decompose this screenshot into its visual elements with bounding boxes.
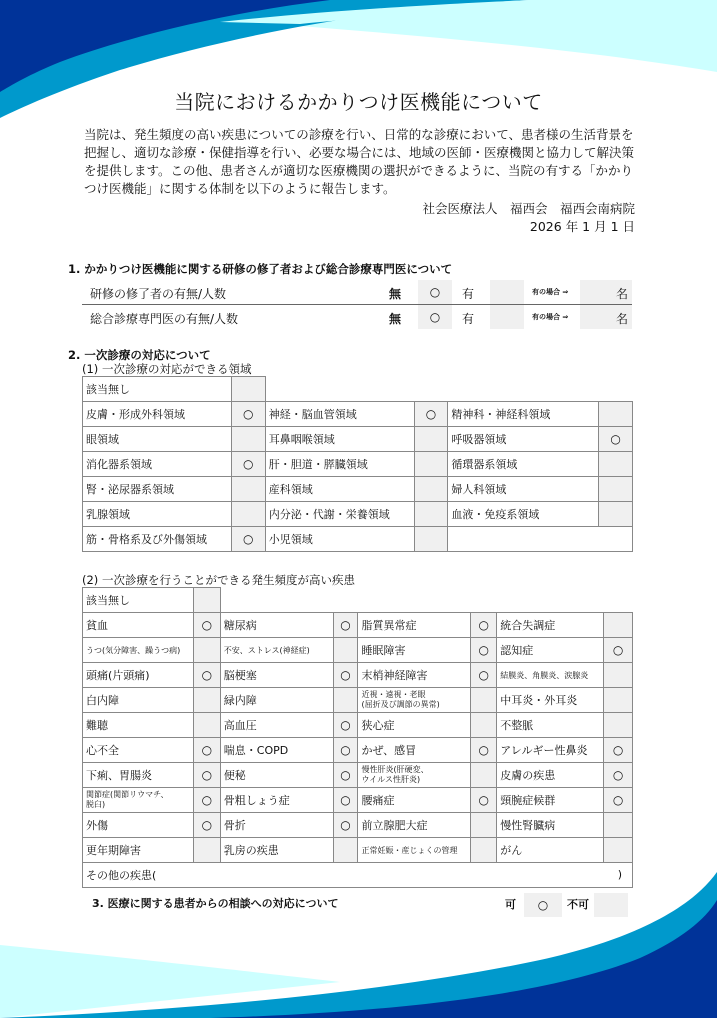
disease-label: 難聴 xyxy=(83,713,194,738)
disease-check-cell[interactable] xyxy=(193,588,220,613)
intro-paragraph: 当院は、発生頻度の高い疾患についての診療を行い、日常的な診療において、患者様の生… xyxy=(84,126,640,198)
section1-row: 研修の修了者の有無/人数 無 ○ 有 有の場合 ⇒ 名 xyxy=(82,280,632,304)
disease-check-cell[interactable] xyxy=(604,813,633,838)
disease-label: 貧血 xyxy=(83,613,194,638)
disease-check-cell[interactable]: ○ xyxy=(333,788,358,813)
area-check-cell[interactable] xyxy=(414,477,448,502)
disease-check-cell[interactable] xyxy=(193,688,220,713)
disease-check-cell[interactable]: ○ xyxy=(193,788,220,813)
disease-label: 該当無し xyxy=(83,588,194,613)
other-diseases-close: ) xyxy=(618,868,622,881)
area-label: 呼吸器領域 xyxy=(448,427,599,452)
disease-label: 関節症(関節リウマチ、 脱臼) xyxy=(83,788,194,813)
area-label: 婦人科領域 xyxy=(448,477,599,502)
area-label: 内分泌・代謝・栄養領域 xyxy=(265,502,414,527)
disease-label: 正常妊娠・産じょくの管理 xyxy=(358,838,471,863)
disease-label: 心不全 xyxy=(83,738,194,763)
empty-space xyxy=(265,377,632,402)
area-label: 血液・免疫系領域 xyxy=(448,502,599,527)
area-check-cell[interactable] xyxy=(231,377,265,402)
if-yes-label: 有の場合 ⇒ xyxy=(532,287,568,297)
disease-check-cell[interactable]: ○ xyxy=(471,788,497,813)
report-date: 2026 年 1 月 1 日 xyxy=(530,217,635,235)
disease-label: 外傷 xyxy=(83,813,194,838)
disease-check-cell[interactable]: ○ xyxy=(193,763,220,788)
area-label: 筋・骨格系及び外傷領域 xyxy=(83,527,232,552)
disease-label: 中耳炎・外耳炎 xyxy=(497,688,604,713)
disease-check-cell[interactable]: ○ xyxy=(193,813,220,838)
unit-label: 名 xyxy=(616,285,628,302)
disease-check-cell[interactable] xyxy=(333,688,358,713)
disease-label: 骨粗しょう症 xyxy=(220,788,333,813)
empty-space xyxy=(220,588,632,613)
area-check-cell[interactable] xyxy=(599,402,633,427)
yes-check-cell[interactable] xyxy=(490,280,524,304)
disease-check-cell[interactable] xyxy=(604,838,633,863)
empty-cell xyxy=(448,527,633,552)
disease-label: かぜ、感冒 xyxy=(358,738,471,763)
disease-label: 脂質異常症 xyxy=(358,613,471,638)
disease-check-cell[interactable] xyxy=(333,638,358,663)
disease-label: 認知症 xyxy=(497,638,604,663)
area-check-cell[interactable] xyxy=(599,452,633,477)
disease-check-cell[interactable] xyxy=(604,713,633,738)
disease-label: 狭心症 xyxy=(358,713,471,738)
disease-check-cell[interactable]: ○ xyxy=(604,788,633,813)
area-check-cell[interactable]: ○ xyxy=(231,402,265,427)
disease-check-cell[interactable]: ○ xyxy=(333,738,358,763)
area-label: 肝・胆道・膵臓領域 xyxy=(265,452,414,477)
disease-label: 不整脈 xyxy=(497,713,604,738)
area-check-cell[interactable] xyxy=(231,427,265,452)
area-label: 腎・泌尿器系領域 xyxy=(83,477,232,502)
disease-label: 不安、ストレス(神経症) xyxy=(220,638,333,663)
section3-heading: 3. 医療に関する患者からの相談への対応について xyxy=(92,895,338,911)
disease-check-cell[interactable] xyxy=(193,838,220,863)
area-check-cell[interactable]: ○ xyxy=(231,452,265,477)
yes-label: 有 xyxy=(462,310,474,327)
area-label: 眼領域 xyxy=(83,427,232,452)
row-label: 研修の修了者の有無/人数 xyxy=(90,285,226,302)
row-label: 総合診療専門医の有無/人数 xyxy=(90,310,238,327)
section1-heading: 1. かかりつけ医機能に関する研修の修了者および総合診療専門医について xyxy=(68,261,452,277)
disease-check-cell[interactable]: ○ xyxy=(333,763,358,788)
disease-check-cell[interactable] xyxy=(193,713,220,738)
disease-check-cell[interactable] xyxy=(604,688,633,713)
area-check-cell[interactable] xyxy=(414,452,448,477)
disease-label: 更年期障害 xyxy=(83,838,194,863)
yes-check-cell[interactable] xyxy=(490,305,524,329)
organization-name: 社会医療法人 福西会 福西会南病院 xyxy=(422,199,635,217)
area-label: 産科領域 xyxy=(265,477,414,502)
area-label: 神経・脳血管領域 xyxy=(265,402,414,427)
none-label: 無 xyxy=(389,310,401,327)
consult-yes-check-cell[interactable]: ○ xyxy=(524,893,562,917)
disease-label: 慢性腎臓病 xyxy=(497,813,604,838)
disease-label: 末梢神経障害 xyxy=(358,663,471,688)
disease-check-cell[interactable]: ○ xyxy=(471,738,497,763)
disease-check-cell[interactable] xyxy=(471,838,497,863)
disease-label: 腰痛症 xyxy=(358,788,471,813)
area-label: 該当無し xyxy=(83,377,232,402)
disease-label: 糖尿病 xyxy=(220,613,333,638)
disease-label: 前立腺肥大症 xyxy=(358,813,471,838)
disease-check-cell[interactable]: ○ xyxy=(604,763,633,788)
disease-label: がん xyxy=(497,838,604,863)
areas-subheading: (1) 一次診療の対応ができる領域 xyxy=(82,361,251,377)
none-check-cell[interactable]: ○ xyxy=(418,305,452,329)
disease-label: 緑内障 xyxy=(220,688,333,713)
disease-check-cell[interactable]: ○ xyxy=(333,813,358,838)
disease-label: 脳梗塞 xyxy=(220,663,333,688)
disease-check-cell[interactable]: ○ xyxy=(193,738,220,763)
other-diseases-label: その他の疾患( xyxy=(86,869,156,882)
disease-label: 頭痛(片頭痛) xyxy=(83,663,194,688)
disease-check-cell[interactable] xyxy=(193,638,220,663)
disease-label: 近視・遠視・老眼 (屈折及び調節の異常) xyxy=(358,688,471,713)
disease-label: 皮膚の疾患 xyxy=(497,763,604,788)
areas-table: 該当無し 皮膚・形成外科領域○ 神経・脳血管領域○ 精神科・神経科領域 眼領域 … xyxy=(82,376,633,552)
disease-label: 下痢、胃腸炎 xyxy=(83,763,194,788)
area-check-cell[interactable]: ○ xyxy=(231,527,265,552)
disease-check-cell[interactable] xyxy=(471,813,497,838)
area-label: 耳鼻咽喉領域 xyxy=(265,427,414,452)
none-label: 無 xyxy=(389,285,401,302)
disease-label: 結膜炎、角膜炎、涙腺炎 xyxy=(497,663,604,688)
other-diseases-field[interactable]: その他の疾患( ) xyxy=(83,863,633,888)
disease-check-cell[interactable] xyxy=(471,688,497,713)
disease-label: 睡眠障害 xyxy=(358,638,471,663)
area-check-cell[interactable] xyxy=(414,427,448,452)
none-check-cell[interactable]: ○ xyxy=(418,280,452,304)
area-label: 乳腺領域 xyxy=(83,502,232,527)
disease-label: 骨折 xyxy=(220,813,333,838)
disease-check-cell[interactable]: ○ xyxy=(193,663,220,688)
area-check-cell[interactable] xyxy=(414,527,448,552)
disease-label: 慢性肝炎(肝硬変、 ウイルス性肝炎) xyxy=(358,763,471,788)
disease-check-cell[interactable] xyxy=(471,763,497,788)
disease-check-cell[interactable]: ○ xyxy=(333,613,358,638)
diseases-table: 該当無し 貧血○ 糖尿病○ 脂質異常症○ 統合失調症 うつ(気分障害、躁うつ病)… xyxy=(82,587,633,888)
disease-check-cell[interactable]: ○ xyxy=(604,738,633,763)
area-check-cell[interactable] xyxy=(231,477,265,502)
area-label: 小児領域 xyxy=(265,527,414,552)
disease-label: 高血圧 xyxy=(220,713,333,738)
disease-label: 便秘 xyxy=(220,763,333,788)
disease-check-cell[interactable]: ○ xyxy=(333,713,358,738)
disease-check-cell[interactable] xyxy=(471,713,497,738)
if-yes-label: 有の場合 ⇒ xyxy=(532,312,568,322)
disease-check-cell[interactable]: ○ xyxy=(471,663,497,688)
disease-label: 統合失調症 xyxy=(497,613,604,638)
disease-label: うつ(気分障害、躁うつ病) xyxy=(83,638,194,663)
area-label: 精神科・神経科領域 xyxy=(448,402,599,427)
area-label: 循環器系領域 xyxy=(448,452,599,477)
area-check-cell[interactable]: ○ xyxy=(414,402,448,427)
disease-label: 乳房の疾患 xyxy=(220,838,333,863)
unit-label: 名 xyxy=(616,310,628,327)
area-label: 皮膚・形成外科領域 xyxy=(83,402,232,427)
consult-no-check-cell[interactable] xyxy=(594,893,628,917)
area-check-cell[interactable] xyxy=(599,502,633,527)
disease-check-cell[interactable]: ○ xyxy=(333,663,358,688)
area-check-cell[interactable] xyxy=(414,502,448,527)
disease-check-cell[interactable]: ○ xyxy=(604,638,633,663)
disease-label: 白内障 xyxy=(83,688,194,713)
disease-check-cell[interactable]: ○ xyxy=(471,638,497,663)
disease-check-cell[interactable]: ○ xyxy=(193,613,220,638)
disease-check-cell[interactable] xyxy=(333,838,358,863)
diseases-subheading: (2) 一次診療を行うことができる発生頻度が高い疾患 xyxy=(82,572,355,588)
disease-check-cell[interactable]: ○ xyxy=(471,613,497,638)
area-check-cell[interactable] xyxy=(599,477,633,502)
yes-label: 有 xyxy=(462,285,474,302)
consult-yes-label: 可 xyxy=(505,893,516,917)
disease-label: 頸腕症候群 xyxy=(497,788,604,813)
disease-label: アレルギー性鼻炎 xyxy=(497,738,604,763)
area-check-cell[interactable] xyxy=(231,502,265,527)
disease-label: 喘息・COPD xyxy=(220,738,333,763)
consult-no-label: 不可 xyxy=(567,893,589,917)
area-check-cell[interactable]: ○ xyxy=(599,427,633,452)
page-title: 当院におけるかかりつけ医機能について xyxy=(0,86,717,115)
disease-check-cell[interactable] xyxy=(604,663,633,688)
disease-check-cell[interactable] xyxy=(604,613,633,638)
area-label: 消化器系領域 xyxy=(83,452,232,477)
section1-row: 総合診療専門医の有無/人数 無 ○ 有 有の場合 ⇒ 名 xyxy=(82,305,632,329)
